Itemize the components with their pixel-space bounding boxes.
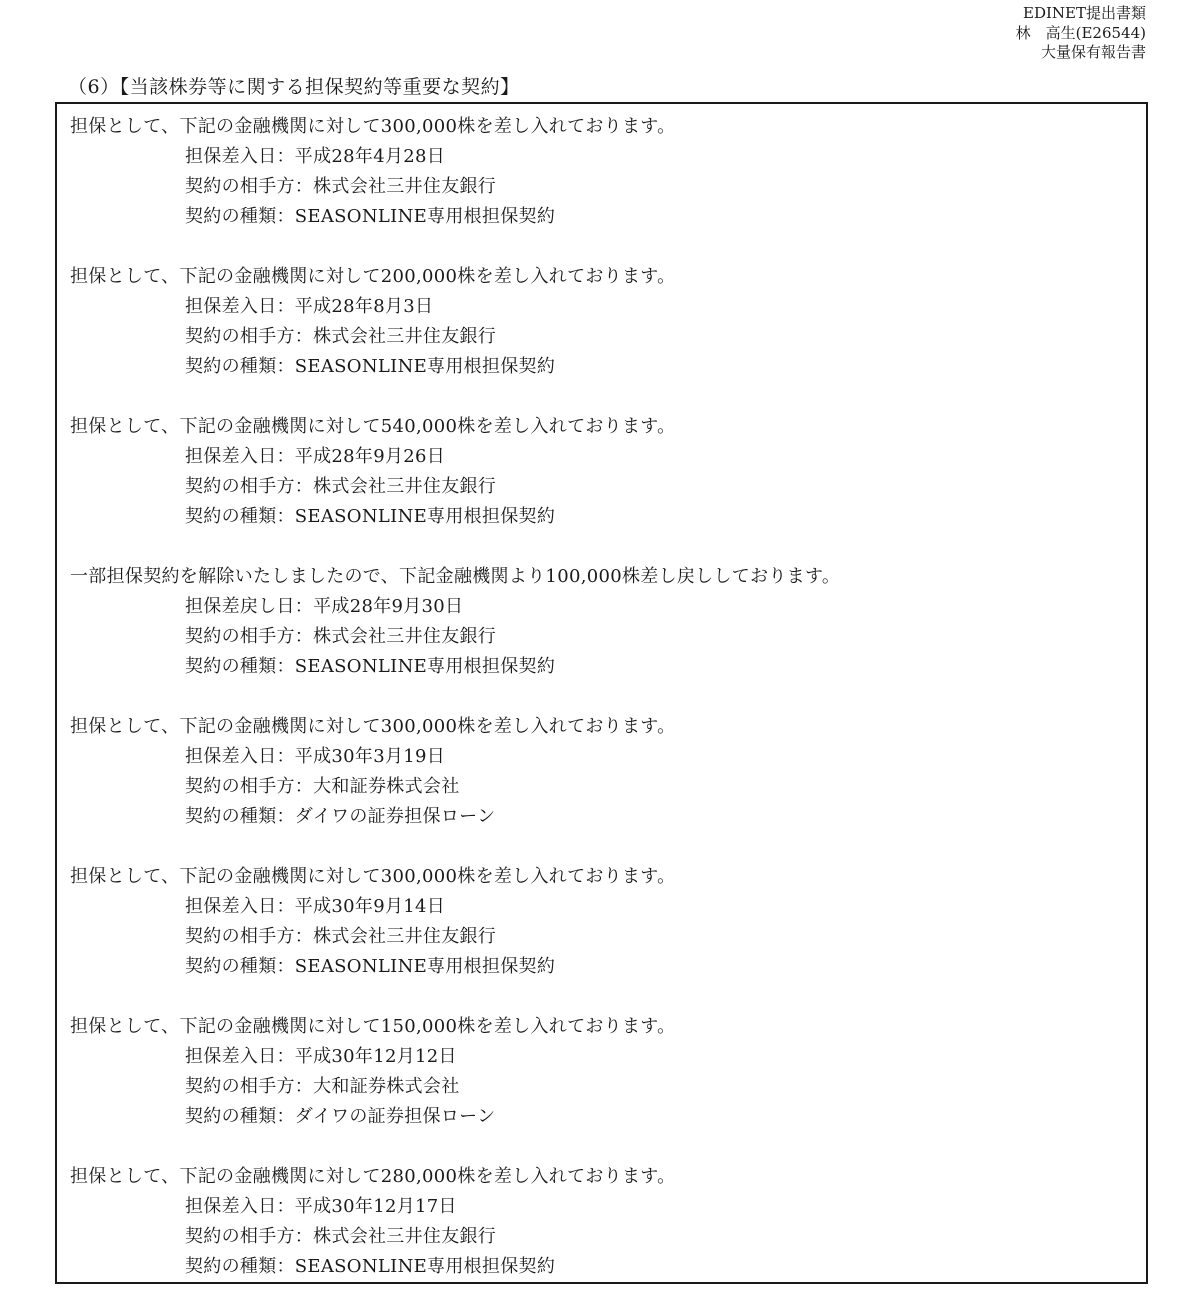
contract-detail-line: 契約の相手方：株式会社三井住友銀行	[185, 172, 1132, 202]
contract-detail-line: 担保差入日：平成30年12月12日	[185, 1042, 1132, 1072]
contract-intro: 一部担保契約を解除いたしましたので、下記金融機関より100,000株差し戻しして…	[70, 562, 1132, 592]
contract-block: 担保として、下記の金融機関に対して300,000株を差し入れております。 担保差…	[70, 862, 1132, 982]
contract-detail-line: 担保差入日：平成28年8月3日	[185, 292, 1132, 322]
contract-intro: 担保として、下記の金融機関に対して300,000株を差し入れております。	[70, 712, 1132, 742]
contract-detail-line: 契約の相手方：大和証券株式会社	[185, 772, 1132, 802]
contract-block: 担保として、下記の金融機関に対して200,000株を差し入れております。 担保差…	[70, 262, 1132, 382]
contract-detail-line: 契約の種類：ダイワの証券担保ローン	[185, 802, 1132, 832]
contract-detail-line: 契約の種類：SEASONLINE専用根担保契約	[185, 952, 1132, 982]
contract-block: 担保として、下記の金融機関に対して150,000株を差し入れております。 担保差…	[70, 1012, 1132, 1132]
contract-detail-line: 契約の相手方：株式会社三井住友銀行	[185, 472, 1132, 502]
section-heading: （6）【当該株券等に関する担保契約等重要な契約】	[68, 72, 520, 99]
contract-detail-line: 担保差入日：平成30年3月19日	[185, 742, 1132, 772]
edinet-header-filer-name: 林 高生(E26544)	[1016, 24, 1146, 44]
contract-detail-line: 契約の相手方：株式会社三井住友銀行	[185, 622, 1132, 652]
contract-detail-line: 契約の種類：ダイワの証券担保ローン	[185, 1102, 1132, 1132]
contract-intro: 担保として、下記の金融機関に対して540,000株を差し入れております。	[70, 412, 1132, 442]
contract-detail-line: 契約の種類：SEASONLINE専用根担保契約	[185, 652, 1132, 682]
contract-intro: 担保として、下記の金融機関に対して300,000株を差し入れております。	[70, 862, 1132, 892]
edinet-header-report-type: 大量保有報告書	[1016, 43, 1146, 63]
contract-block: 担保として、下記の金融機関に対して300,000株を差し入れております。 担保差…	[70, 712, 1132, 832]
contract-detail-line: 担保差入日：平成30年12月17日	[185, 1192, 1132, 1222]
edinet-header-doc-type: EDINET提出書類	[1016, 4, 1146, 24]
contract-detail-line: 担保差入日：平成28年9月26日	[185, 442, 1132, 472]
contract-block: 担保として、下記の金融機関に対して300,000株を差し入れております。 担保差…	[70, 112, 1132, 232]
contract-detail-line: 契約の種類：SEASONLINE専用根担保契約	[185, 1252, 1132, 1282]
contract-detail-line: 契約の種類：SEASONLINE専用根担保契約	[185, 502, 1132, 532]
contract-block: 担保として、下記の金融機関に対して280,000株を差し入れております。 担保差…	[70, 1162, 1132, 1282]
contract-block: 担保として、下記の金融機関に対して540,000株を差し入れております。 担保差…	[70, 412, 1132, 532]
contract-detail-line: 担保差入日：平成28年4月28日	[185, 142, 1132, 172]
contract-intro: 担保として、下記の金融機関に対して150,000株を差し入れております。	[70, 1012, 1132, 1042]
contract-intro: 担保として、下記の金融機関に対して300,000株を差し入れております。	[70, 112, 1132, 142]
contract-detail-line: 担保差入日：平成30年9月14日	[185, 892, 1132, 922]
contract-detail-line: 担保差戻し日：平成28年9月30日	[185, 592, 1132, 622]
contract-detail-line: 契約の種類：SEASONLINE専用根担保契約	[185, 352, 1132, 382]
contract-block: 一部担保契約を解除いたしましたので、下記金融機関より100,000株差し戻しして…	[70, 562, 1132, 682]
edinet-header: EDINET提出書類 林 高生(E26544) 大量保有報告書	[1016, 4, 1146, 63]
contract-detail-line: 契約の種類：SEASONLINE専用根担保契約	[185, 202, 1132, 232]
contract-intro: 担保として、下記の金融機関に対して200,000株を差し入れております。	[70, 262, 1132, 292]
contract-detail-line: 契約の相手方：大和証券株式会社	[185, 1072, 1132, 1102]
contract-intro: 担保として、下記の金融機関に対して280,000株を差し入れております。	[70, 1162, 1132, 1192]
contract-detail-line: 契約の相手方：株式会社三井住友銀行	[185, 322, 1132, 352]
contract-detail-line: 契約の相手方：株式会社三井住友銀行	[185, 1222, 1132, 1252]
contracts-box: 担保として、下記の金融機関に対して300,000株を差し入れております。 担保差…	[55, 102, 1148, 1284]
contract-detail-line: 契約の相手方：株式会社三井住友銀行	[185, 922, 1132, 952]
